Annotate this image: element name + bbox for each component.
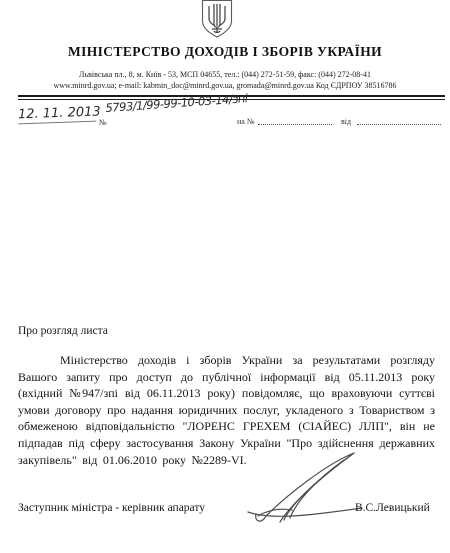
incoming-number-blank	[258, 124, 332, 125]
signature-stroke-icon	[246, 450, 366, 526]
reference-row: 12. 11. 2013 № 5793/1/99-99-10-03-14/зпі…	[0, 100, 450, 134]
from-date-label: від	[341, 117, 351, 126]
scanned-letter-page: МІНІСТЕРСТВО ДОХОДІВ І ЗБОРІВ УКРАЇНИ Ль…	[0, 0, 450, 553]
address-line-1: Львівська пл., 8, м. Київ - 53, МСП 0465…	[10, 70, 440, 81]
address-line-2: www.minrd.gov.ua; e-mail: kabmin_doc@min…	[10, 81, 440, 92]
letterhead-address: Львівська пл., 8, м. Київ - 53, МСП 0465…	[10, 70, 440, 91]
subject-line: Про розгляд листа	[18, 325, 108, 337]
incoming-number-label: на №	[237, 117, 254, 126]
signer-name: В.С.Левицький	[355, 502, 430, 514]
from-date-blank	[357, 124, 441, 125]
ministry-title: МІНІСТЕРСТВО ДОХОДІВ І ЗБОРІВ УКРАЇНИ	[0, 44, 450, 60]
handwritten-date: 12. 11. 2013	[18, 105, 97, 125]
number-label: №	[99, 118, 107, 127]
letter-body-paragraph: Міністерство доходів і зборів України за…	[18, 352, 435, 468]
signer-position-title: Заступник міністра - керівник апарату	[18, 502, 205, 514]
ukraine-trident-icon	[199, 0, 235, 38]
